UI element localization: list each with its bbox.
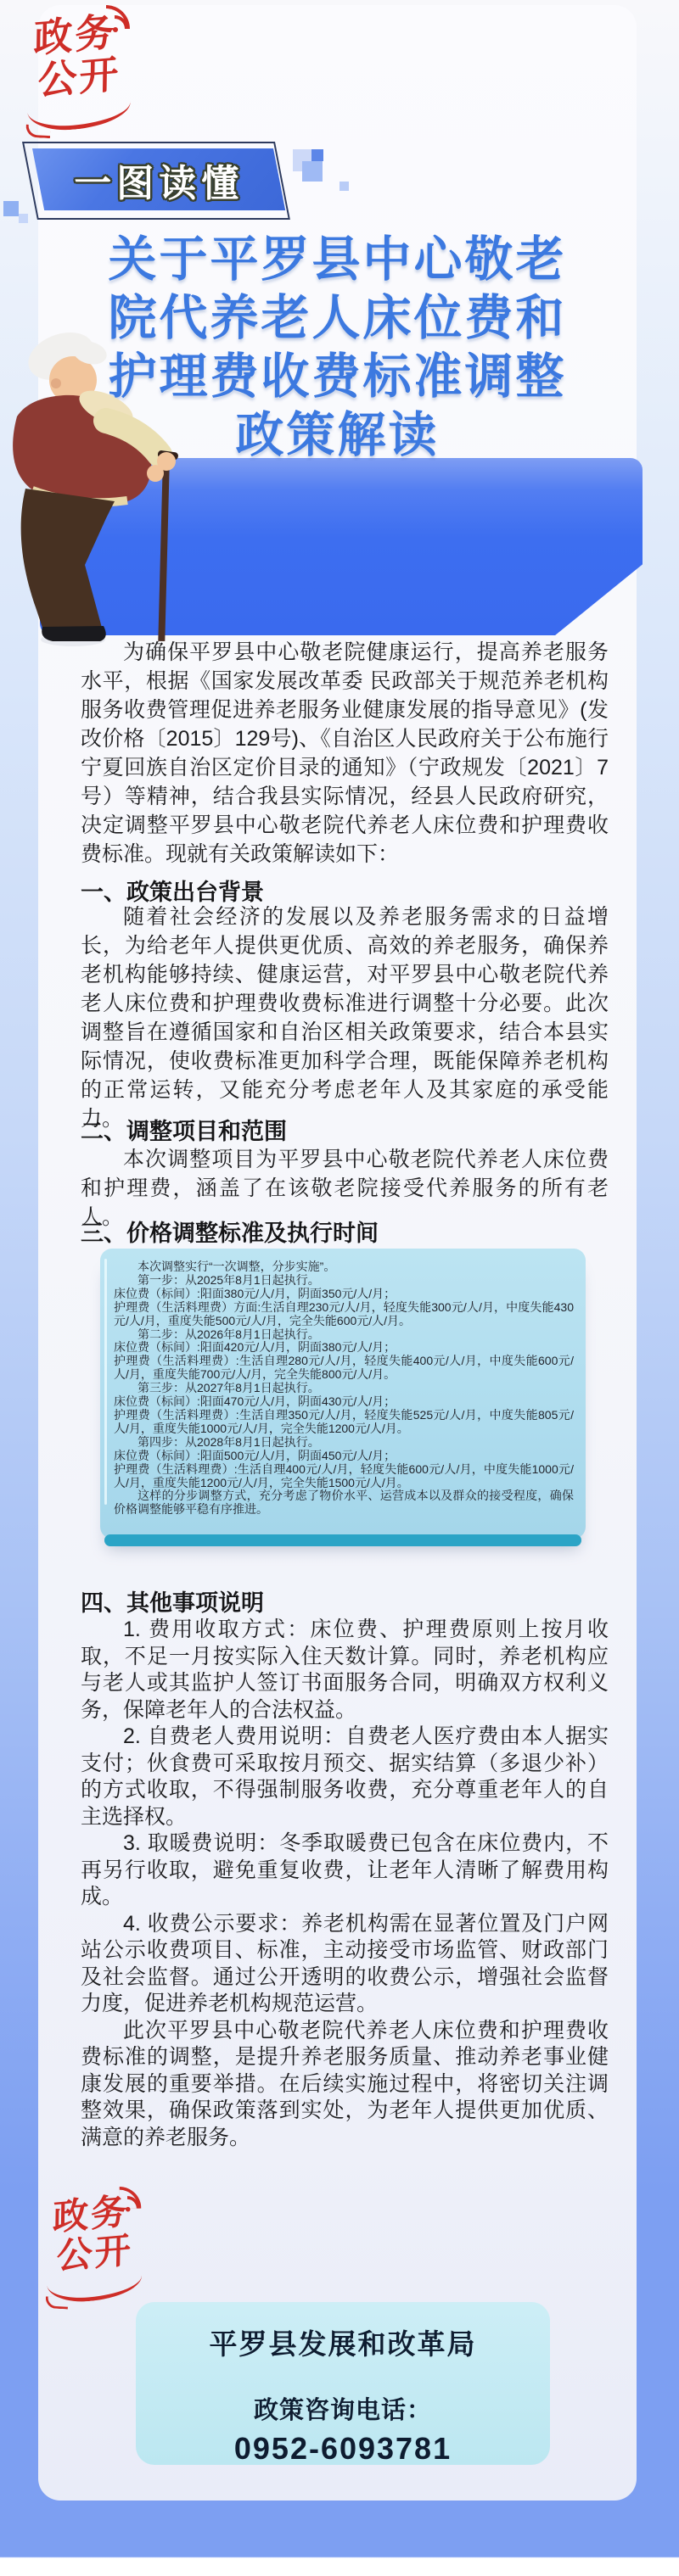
price-line: 护理费（生活料理费）:生活自理280元/人/月，轻度失能400元/人/月，中度失…	[114, 1355, 574, 1382]
price-line: 护理费（生活料理费）:生活自理400元/人/月，轻度失能600元/人/月，中度失…	[114, 1463, 574, 1490]
price-line: 床位费（标间）:阳面500元/人/月，阴面450元/人/月；	[114, 1450, 574, 1463]
intro-text: 为确保平罗县中心敬老院健康运行，提高养老服务水平，根据《国家发展改革委 民政部关…	[81, 638, 609, 869]
ribbon-label: 一图读懂	[74, 153, 244, 207]
price-line: 床位费（标间）:阳面420元/人/月，阴面380元/人/月；	[114, 1341, 574, 1355]
section-4-item: 2. 自费老人费用说明：自费老人医疗费由本人据实支付；伙食费可采取按月预交、据实…	[81, 1724, 609, 1830]
broadcast-signal-icon	[96, 5, 130, 39]
price-line: 护理费（生活料理费）方面:生活自理230元/人/月，轻度失能300元/人/月，中…	[114, 1301, 574, 1328]
section-4-heading: 四、其他事项说明	[81, 1584, 264, 1618]
price-line: 第四步：从2028年8月1日起执行。	[114, 1436, 574, 1450]
contact-card: 平罗县发展和改革局 政策咨询电话： 0952-6093781	[136, 2302, 550, 2465]
phone-label: 政策咨询电话：	[136, 2391, 550, 2426]
broadcast-signal-icon	[110, 2187, 142, 2218]
deco-square	[3, 201, 19, 216]
deco-square	[19, 214, 28, 223]
title-line-1: 关于平罗县中心敬老	[38, 231, 637, 289]
phone-number: 0952-6093781	[136, 2431, 550, 2467]
department-name: 平罗县发展和改革局	[136, 2322, 550, 2362]
price-line: 护理费（生活料理费）:生活自理350元/人/月，轻度失能525元/人/月，中度失…	[114, 1409, 574, 1436]
section-2-heading: 二、调整项目和范围	[81, 1113, 287, 1146]
price-line: 这样的分步调整方式，充分考虑了物价水平、运营成本以及群众的接受程度，确保价格调整…	[114, 1489, 574, 1517]
price-line: 本次调整实行“一次调整，分步实施”。	[114, 1260, 574, 1274]
gov-open-logo-bottom: 政务公开	[48, 2187, 149, 2304]
price-line: 第一步：从2025年8月1日起执行。	[114, 1274, 574, 1288]
logo-underline-swoosh	[47, 2274, 143, 2305]
section-3-heading: 三、价格调整标准及执行时间	[81, 1215, 379, 1248]
deco-square	[339, 182, 349, 191]
section-4-item: 3. 取暖费说明：冬季取暖费已包含在床位费内，不再另行收取，避免重复收费，让老年…	[81, 1830, 609, 1911]
logo-underline-swoosh	[27, 100, 132, 134]
section-4-item: 4. 收费公示要求：养老机构需在显著位置及门户网站公示收费项目、标准，主动接受市…	[81, 1911, 609, 2018]
header-ribbon: 一图读懂	[32, 148, 285, 210]
section-4-item: 1. 费用收取方式：床位费、护理费原则上按月收取，不足一月按实际入住天数计算。同…	[81, 1617, 609, 1724]
logo-line2: 公开	[56, 2230, 133, 2276]
price-schedule-box: 本次调整实行“一次调整，分步实施”。 第一步：从2025年8月1日起执行。 床位…	[100, 1249, 586, 1539]
intro-paragraph: 为确保平罗县中心敬老院健康运行，提高养老服务水平，根据《国家发展改革委 民政部关…	[81, 638, 609, 869]
logo-line2: 公开	[37, 52, 121, 102]
price-line: 床位费（标间）:阳面470元/人/月，阴面430元/人/月；	[114, 1395, 574, 1409]
deco-square	[302, 161, 323, 182]
elderly-man-illustration	[0, 327, 204, 653]
price-line: 第三步：从2027年8月1日起执行。	[114, 1382, 574, 1395]
deco-square	[311, 149, 323, 161]
closing-paragraph: 此次平罗县中心敬老院代养老人床位费和护理费收费标准的调整，是提升养老服务质量、推…	[81, 2018, 609, 2152]
section-1-text: 随着社会经济的发展以及养老服务需求的日益增长，为给老年人提供更优质、高效的养老服…	[81, 902, 609, 1133]
price-line: 床位费（标间）:阳面380元/人/月，阴面350元/人/月；	[114, 1288, 574, 1301]
gov-open-logo-top: 政务公开	[28, 5, 138, 132]
section-4-paragraphs: 1. 费用收取方式：床位费、护理费原则上按月收取，不足一月按实际入住天数计算。同…	[81, 1617, 609, 2151]
price-line: 第二步：从2026年8月1日起执行。	[114, 1328, 574, 1342]
section-1-paragraph: 随着社会经济的发展以及养老服务需求的日益增长，为给老年人提供更优质、高效的养老服…	[81, 902, 609, 1133]
